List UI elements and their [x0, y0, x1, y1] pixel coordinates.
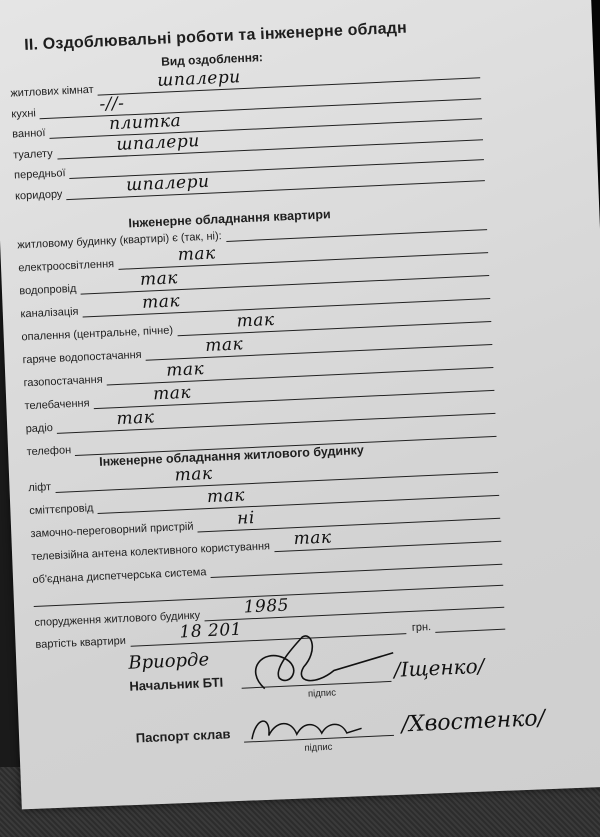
- handwritten-value: так: [293, 527, 332, 549]
- handwritten-value: так: [166, 359, 205, 381]
- handwritten-value: так: [207, 485, 246, 507]
- field-label: сміттєпровід: [29, 502, 98, 517]
- handwritten-value: так: [140, 268, 179, 290]
- section-title: ІІ. Оздоблювальні роботи та інженерне об…: [24, 20, 407, 55]
- handwritten-value: так: [205, 334, 244, 356]
- handwritten-value: шпалери: [157, 67, 241, 91]
- compiler-signature-label: Паспорт склав: [135, 726, 230, 745]
- handwritten-value: шпалери: [116, 131, 200, 155]
- field-label: каналізація: [20, 306, 83, 321]
- field-label: коридору: [15, 188, 67, 202]
- head-signature-label: Начальник БТІ: [129, 675, 223, 694]
- field-label: газопостачання: [23, 374, 107, 390]
- field-label: ванної: [12, 127, 50, 141]
- handwritten-value: так: [116, 407, 155, 429]
- field-label: ліфт: [28, 481, 55, 494]
- field-label: телебачення: [24, 397, 93, 412]
- head-signature-caption: підпис: [308, 687, 336, 699]
- currency-label: грн.: [406, 621, 436, 634]
- document-page: ІІ. Оздоблювальні роботи та інженерне об…: [0, 0, 600, 836]
- handwritten-value: так: [236, 310, 275, 332]
- handwritten-value: так: [177, 243, 216, 265]
- handwritten-value: плитка: [109, 111, 182, 134]
- handwritten-value: так: [153, 383, 192, 405]
- handwritten-value: шпалери: [126, 171, 210, 195]
- construction-year-value: 1985: [243, 595, 289, 617]
- handwritten-value: так: [142, 291, 181, 313]
- compiler-name: /Хвостенко/: [401, 706, 546, 737]
- handwritten-value: -//-: [99, 93, 125, 114]
- finishing-header: Вид оздоблення:: [161, 50, 263, 69]
- field-label: електроосвітлення: [18, 258, 118, 275]
- field-label: радіо: [25, 422, 57, 435]
- field-label: телефон: [26, 444, 75, 458]
- field-label: кухні: [11, 107, 40, 120]
- head-name: /Іщенко/: [393, 654, 484, 682]
- compiler-signature-caption: підпис: [304, 742, 332, 754]
- handwritten-value: так: [174, 464, 213, 486]
- head-prefix-handwritten: Вриорде: [128, 649, 210, 674]
- handwritten-value: ні: [237, 508, 256, 529]
- field-label: водопровід: [19, 283, 81, 298]
